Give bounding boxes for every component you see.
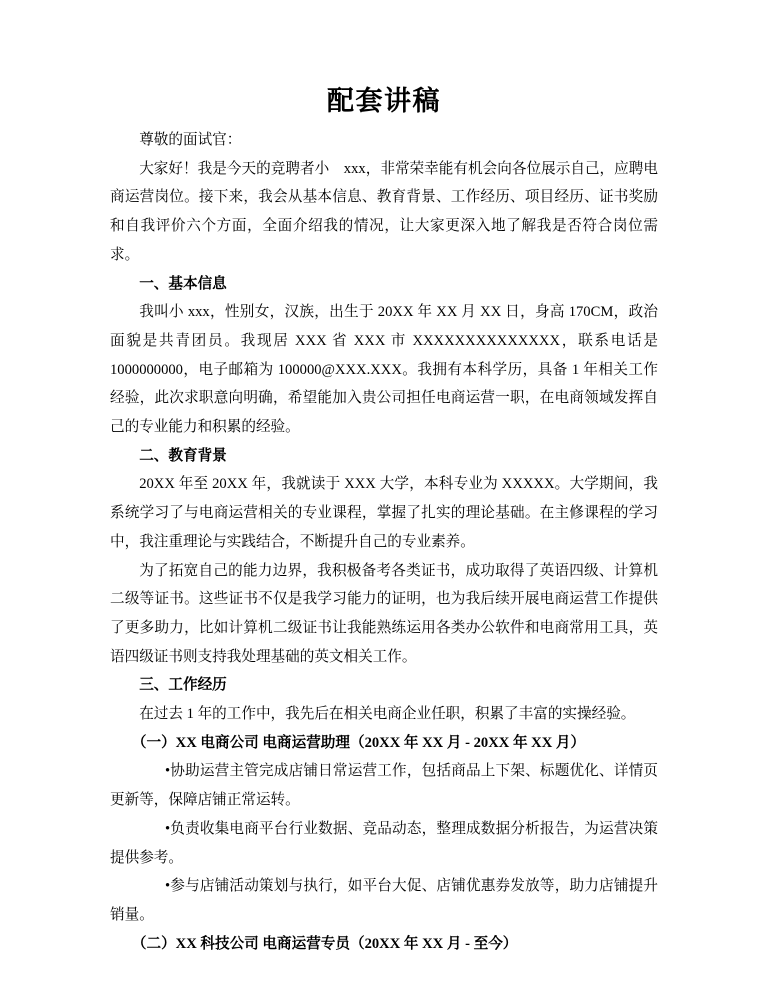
document-title: 配套讲稿: [110, 82, 658, 120]
intro-paragraph: 大家好！我是今天的竞聘者小 xxx，非常荣幸能有机会向各位展示自己，应聘电商运营…: [110, 155, 658, 270]
bullet-item-2: •负责收集电商平台行业数据、竞品动态，整理成数据分析报告，为运营决策提供参考。: [110, 815, 658, 872]
bullet-item-3: •参与店铺活动策划与执行，如平台大促、店铺优惠券发放等，助力店铺提升销量。: [110, 872, 658, 929]
education-paragraph-1: 20XX 年至 20XX 年，我就读于 XXX 大学，本科专业为 XXXXX。大…: [110, 470, 658, 556]
basic-info-paragraph: 我叫小 xxx，性别女，汉族，出生于 20XX 年 XX 月 XX 日，身高 1…: [110, 298, 658, 442]
document-body: 尊敬的面试官： 大家好！我是今天的竞聘者小 xxx，非常荣幸能有机会向各位展示自…: [110, 126, 658, 958]
salutation: 尊敬的面试官：: [110, 126, 658, 155]
work-intro-paragraph: 在过去 1 年的工作中，我先后在相关电商企业任职，积累了丰富的实操经验。: [110, 700, 658, 729]
bullet-item-1: •协助运营主管完成店铺日常运营工作，包括商品上下架、标题优化、详情页更新等，保障…: [110, 757, 658, 814]
section-heading-work-experience: 三、工作经历: [110, 671, 658, 700]
section-heading-education: 二、教育背景: [110, 442, 658, 471]
job-subheading-1: （一）XX 电商公司 电商运营助理（20XX 年 XX 月 - 20XX 年 X…: [110, 729, 658, 758]
section-heading-basic-info: 一、基本信息: [110, 270, 658, 299]
education-paragraph-2: 为了拓宽自己的能力边界，我积极备考各类证书，成功取得了英语四级、计算机二级等证书…: [110, 557, 658, 672]
job-subheading-2: （二）XX 科技公司 电商运营专员（20XX 年 XX 月 - 至今）: [110, 930, 658, 959]
document-page: 配套讲稿 尊敬的面试官： 大家好！我是今天的竞聘者小 xxx，非常荣幸能有机会向…: [0, 0, 770, 1000]
